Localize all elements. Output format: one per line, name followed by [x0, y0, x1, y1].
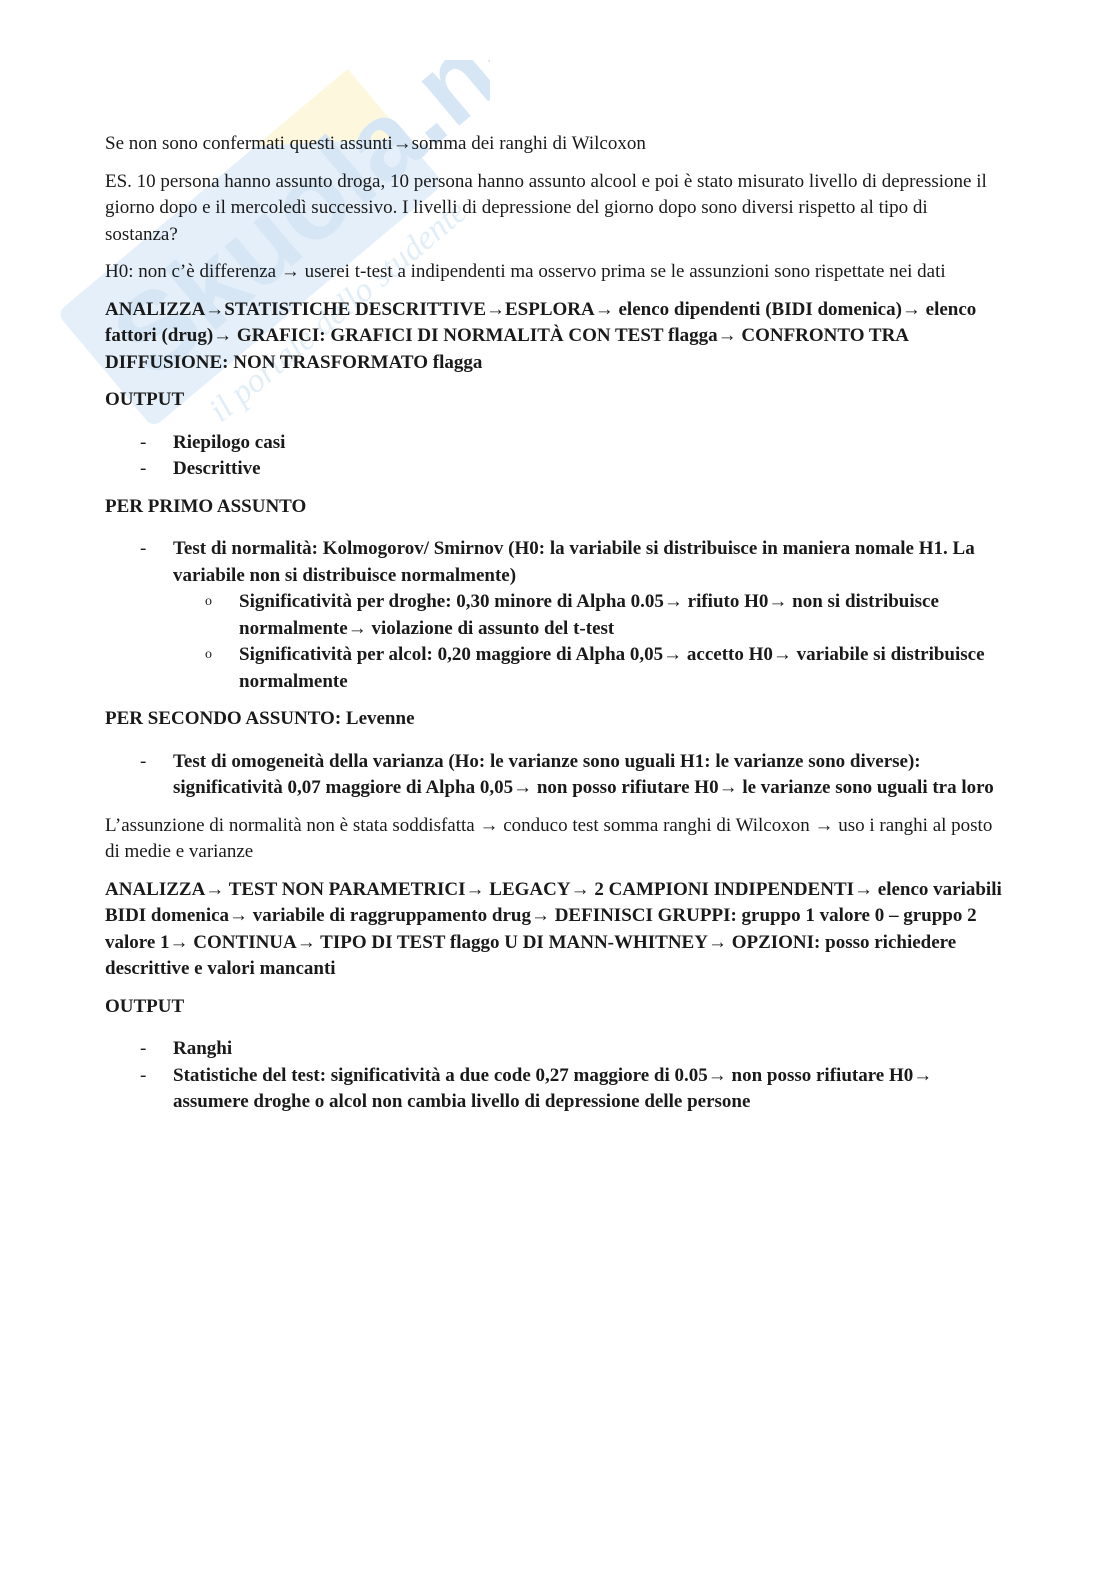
list-item: Ranghi — [173, 1036, 1005, 1063]
procedure-nonparametric: ANALIZZA→ TEST NON PARAMETRICI→ LEGACY→ … — [105, 877, 1005, 983]
document-page: Se non sono confermati questi assunti→so… — [105, 131, 1005, 1127]
first-assumption-heading: PER PRIMO ASSUNTO — [105, 494, 1005, 521]
output-list-1: Riepilogo casi Descrittive — [105, 430, 1005, 483]
list-item: Test di omogeneità della varianza (Ho: l… — [173, 749, 1005, 802]
list-item: Statistiche del test: significatività a … — [173, 1063, 1005, 1116]
list-item: Riepilogo casi — [173, 430, 1005, 457]
second-assumption-list: Test di omogeneità della varianza (Ho: l… — [105, 749, 1005, 802]
intro-paragraph: Se non sono confermati questi assunti→so… — [105, 131, 1005, 158]
hypothesis-paragraph: H0: non c’è differenza → userei t-test a… — [105, 259, 1005, 286]
second-assumption-heading: PER SECONDO ASSUNTO: Levenne — [105, 706, 1005, 733]
list-item: Descrittive — [173, 456, 1005, 483]
first-assumption-list: Test di normalità: Kolmogorov/ Smirnov (… — [105, 536, 1005, 695]
sublist-item: Significatività per alcol: 0,20 maggiore… — [239, 642, 1005, 695]
conclusion-paragraph: L’assunzione di normalità non è stata so… — [105, 813, 1005, 866]
output-heading-2: OUTPUT — [105, 994, 1005, 1021]
output-heading-1: OUTPUT — [105, 387, 1005, 414]
sublist-item: Significatività per droghe: 0,30 minore … — [239, 589, 1005, 642]
procedure-explore: ANALIZZA→STATISTICHE DESCRITTIVE→ESPLORA… — [105, 297, 1005, 377]
normality-test-text: Test di normalità: Kolmogorov/ Smirnov (… — [173, 538, 975, 586]
output-list-2: Ranghi Statistiche del test: significati… — [105, 1036, 1005, 1116]
normality-sublist: Significatività per droghe: 0,30 minore … — [173, 589, 1005, 695]
list-item: Test di normalità: Kolmogorov/ Smirnov (… — [173, 536, 1005, 695]
example-paragraph: ES. 10 persona hanno assunto droga, 10 p… — [105, 169, 1005, 249]
